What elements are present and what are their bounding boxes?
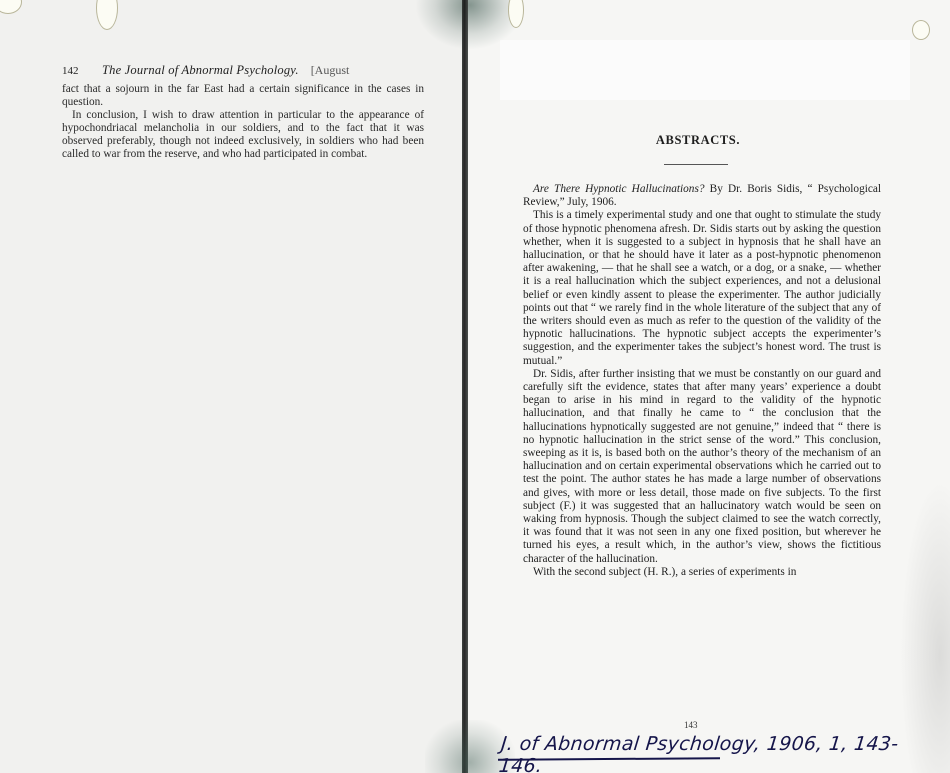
binder-hole	[912, 20, 930, 40]
edge-noise	[900, 480, 950, 773]
right-page-text: Are There Hypnotic Hallucinations? By Dr…	[523, 183, 881, 579]
left-page-text: fact that a sojourn in the far East had …	[62, 83, 424, 161]
paragraph: fact that a sojourn in the far East had …	[62, 83, 424, 109]
left-page-number: 142	[62, 65, 102, 77]
paragraph: This is a timely experimental study and …	[523, 209, 881, 367]
handwritten-citation: J. of Abnormal Psychology, 1906, 1, 143-…	[498, 733, 903, 773]
article-author: By Dr. Boris Sidis,	[710, 183, 803, 195]
journal-running-title: The Journal of Abnormal Psychology.	[102, 63, 299, 78]
section-heading: ABSTRACTS.	[628, 133, 768, 148]
article-title: Are There Hypnotic Hallucinations?	[533, 183, 705, 195]
paragraph: In conclusion, I wish to draw attention …	[62, 109, 424, 161]
running-month: [August	[311, 63, 350, 78]
paragraph: Dr. Sidis, after further insisting that …	[523, 368, 881, 566]
citation-paragraph: Are There Hypnotic Hallucinations? By Dr…	[523, 183, 881, 209]
right-page-number: 143	[684, 720, 698, 730]
left-running-header: 142 The Journal of Abnormal Psychology. …	[62, 63, 422, 78]
book-spine	[462, 0, 468, 773]
paragraph: With the second subject (H. R.), a serie…	[523, 566, 881, 579]
heading-divider	[664, 164, 728, 165]
scan-highlight	[500, 40, 910, 100]
